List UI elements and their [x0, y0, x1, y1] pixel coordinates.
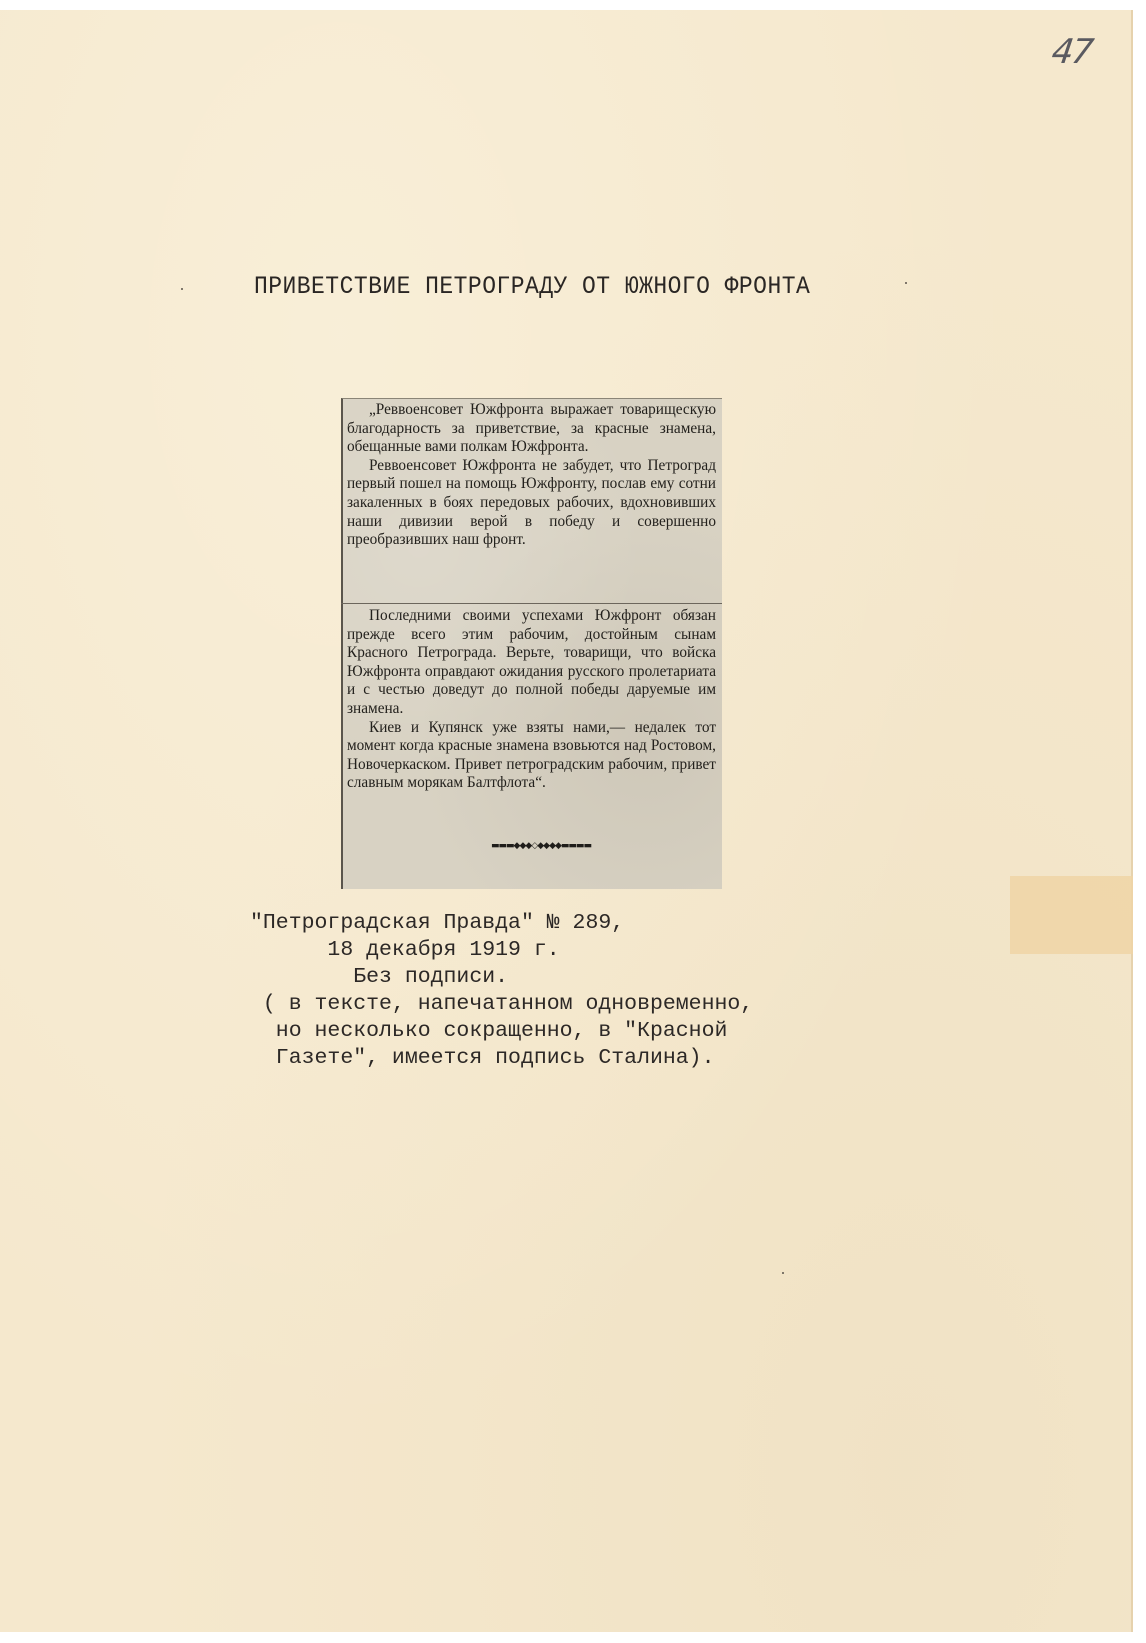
speck: [782, 1272, 784, 1274]
paper-stain: [1010, 876, 1133, 954]
caption-line: 18 декабря 1919 г.: [250, 937, 753, 964]
handwritten-page-number: 47: [1049, 32, 1094, 72]
clipping-part-1: „Реввоенсовет Южфронта выражает товарище…: [347, 401, 716, 550]
document-page: 47 ПРИВЕТСТВИЕ ПЕТРОГРАДУ ОТ ЮЖНОГО ФРОН…: [0, 10, 1133, 1632]
caption-line: "Петроградская Правда" № 289,: [250, 910, 753, 937]
clipping-paragraph: Киев и Купянск уже взяты нами,— недалек …: [347, 719, 716, 793]
clipping-paragraph: Реввоенсовет Южфронта не забудет, что Пе…: [347, 457, 716, 550]
caption-line: Без подписи.: [250, 964, 753, 991]
source-caption: "Петроградская Правда" № 289, 18 декабря…: [250, 910, 753, 1072]
clipping-paragraph: „Реввоенсовет Южфронта выражает товарище…: [347, 401, 716, 457]
clipping-paragraph: Последними своими успехами Южфронт обяза…: [347, 607, 716, 719]
clipping-seam: [341, 603, 722, 604]
caption-line: но несколько сокращенно, в "Красной: [250, 1018, 753, 1045]
newspaper-clipping: „Реввоенсовет Южфронта выражает товарище…: [341, 398, 722, 889]
caption-line: ( в тексте, напечатанном одновременно,: [250, 991, 753, 1018]
ornament-divider: ▬▬▬◆◆◆◇◆◆◆◆▬▬▬▬: [461, 842, 621, 850]
clipping-part-2: Последними своими успехами Южфронт обяза…: [347, 607, 716, 793]
caption-line: Газете", имеется подпись Сталина).: [250, 1045, 753, 1072]
speck: [181, 288, 183, 290]
document-title: ПРИВЕТСТВИЕ ПЕТРОГРАДУ ОТ ЮЖНОГО ФРОНТА: [254, 272, 810, 301]
speck: [905, 282, 907, 284]
